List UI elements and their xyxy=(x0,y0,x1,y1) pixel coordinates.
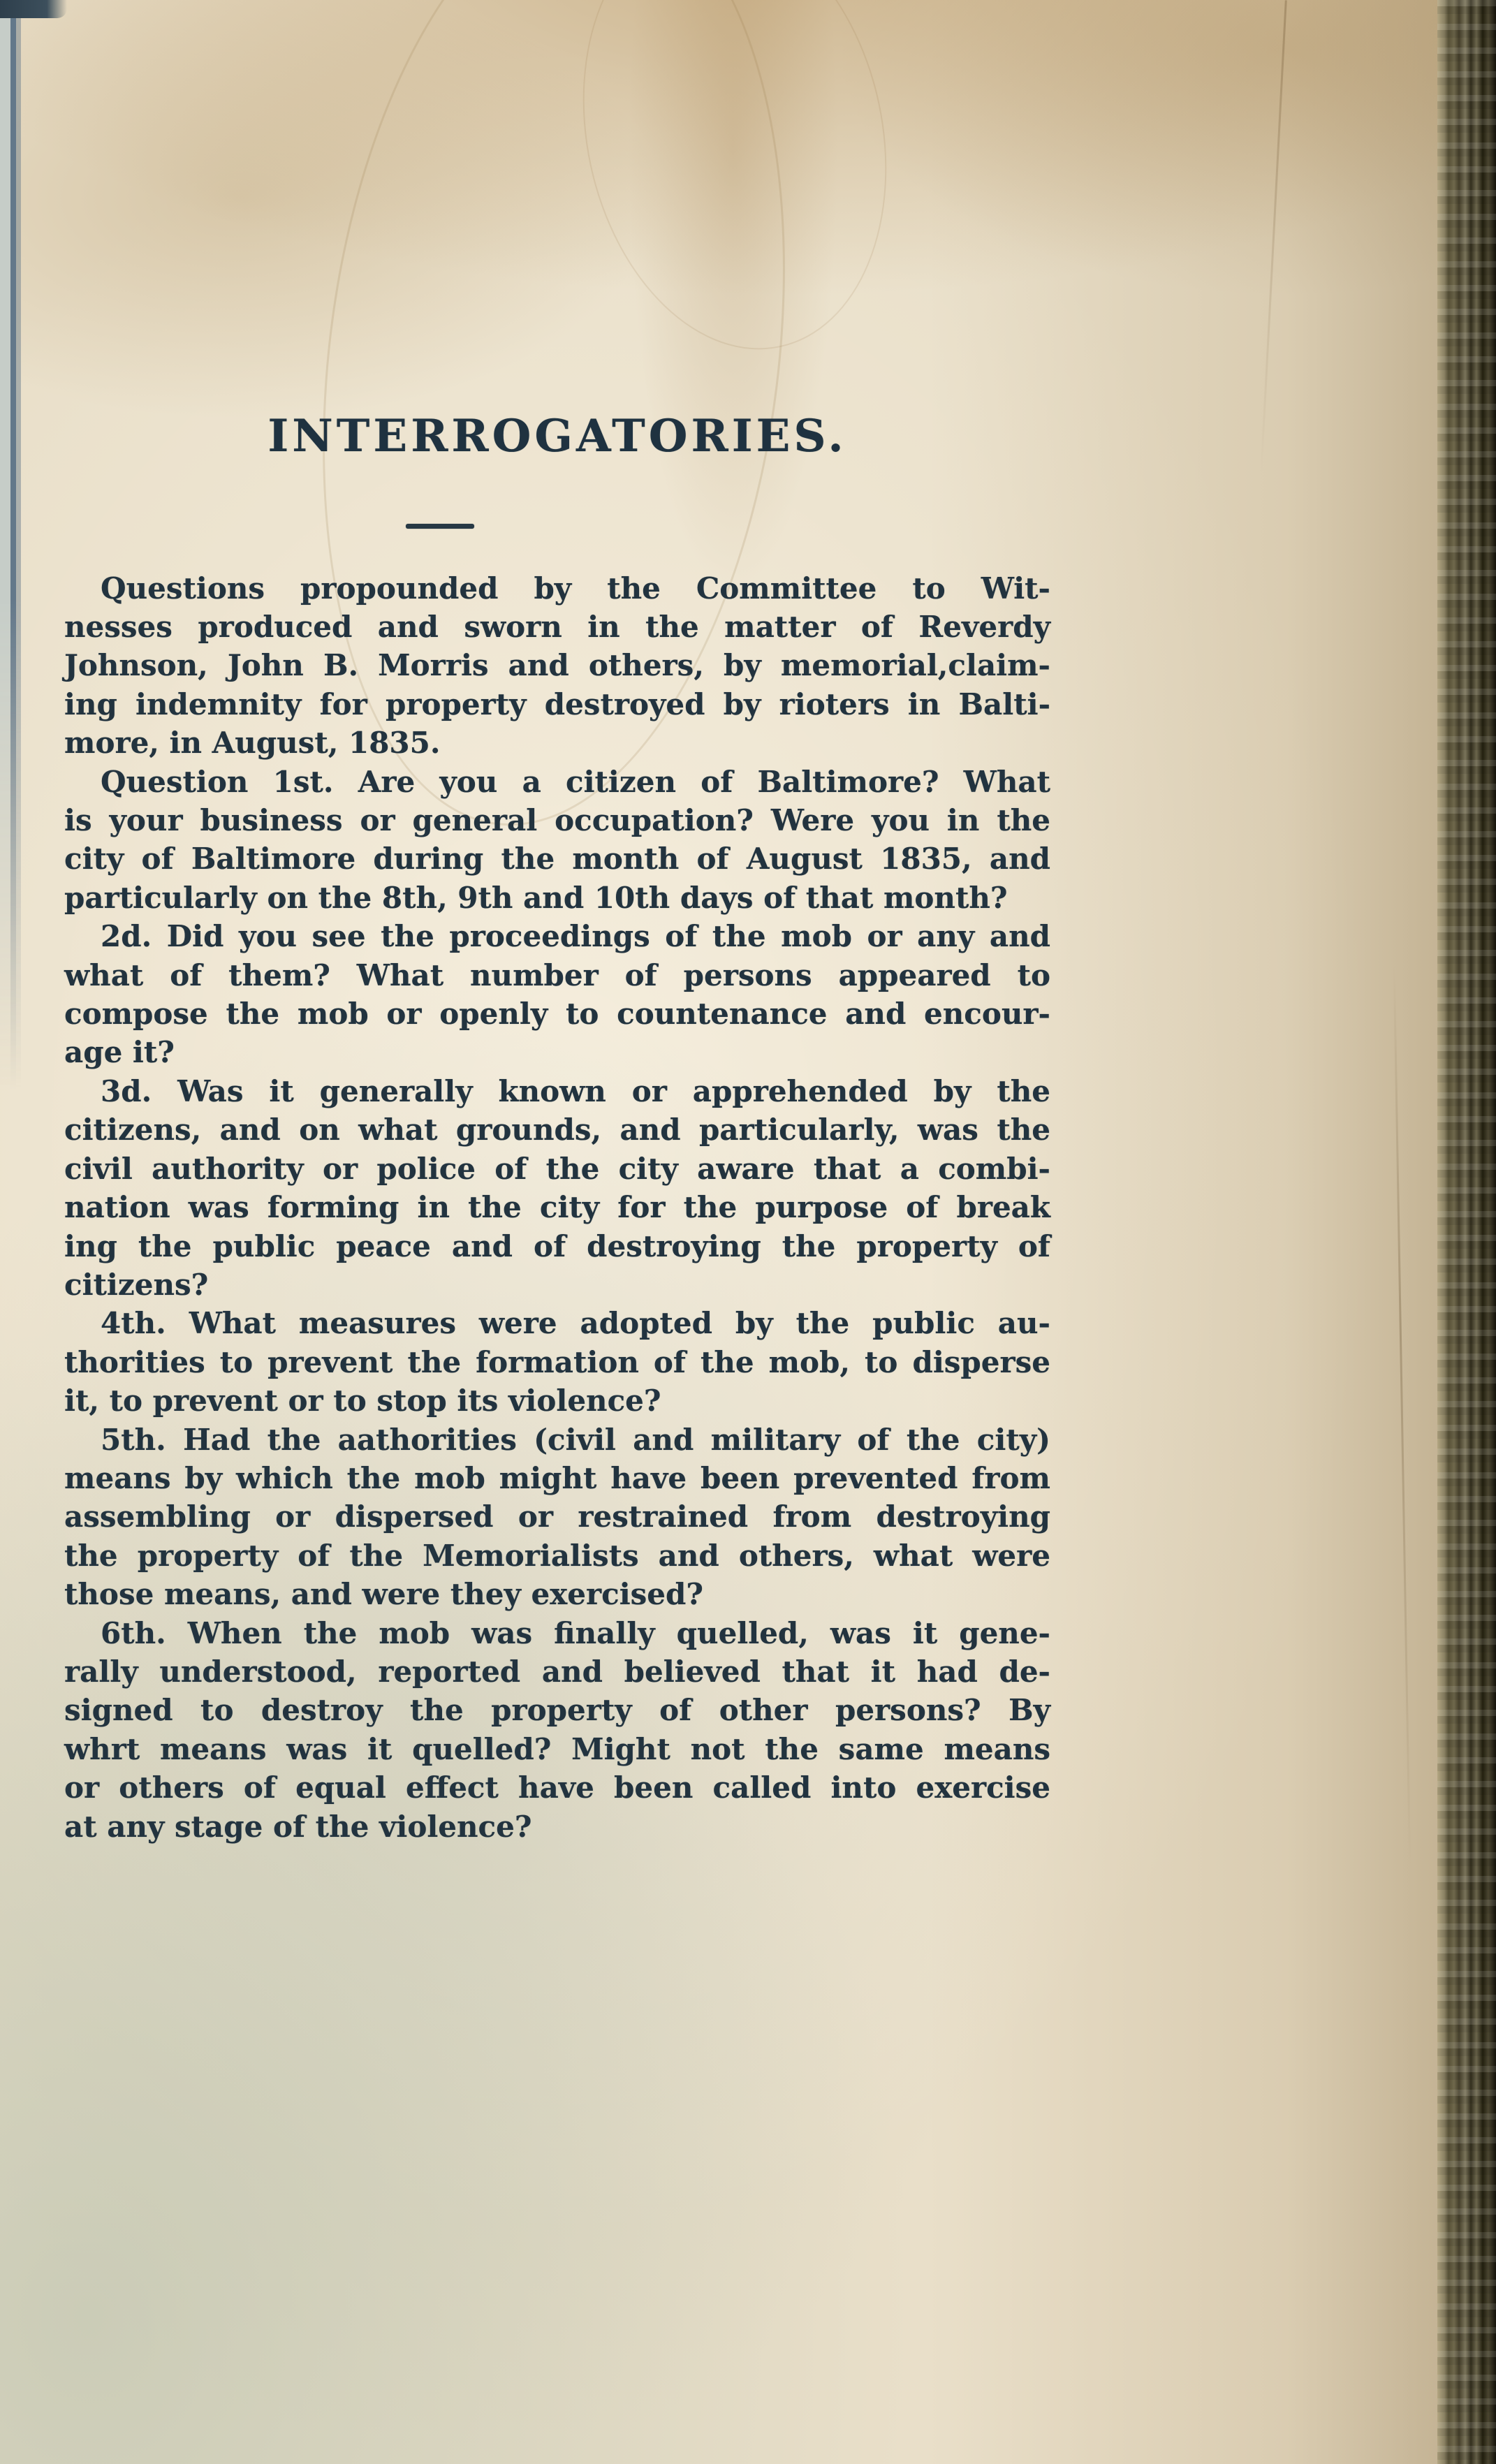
text-line: ing the public peace and of destroying t… xyxy=(64,1227,1050,1266)
paragraph: 4th. What measures were adopted by the p… xyxy=(64,1304,1050,1420)
text-line: ing indemnity for property destroyed by … xyxy=(64,685,1050,724)
binding-edge xyxy=(0,0,24,1090)
title-divider xyxy=(406,524,474,529)
text-line: nation was forming in the city for the p… xyxy=(64,1188,1050,1226)
scanned-book-photo: INTERROGATORIES. Questions propounded by… xyxy=(0,0,1496,2464)
text-line: rally understood, reported and believed … xyxy=(64,1652,1050,1691)
text-line: more, in August, 1835. xyxy=(64,724,1050,762)
text-line: it, to prevent or to stop its violence? xyxy=(64,1381,1050,1420)
text-line: Johnson, John B. Morris and others, by m… xyxy=(64,646,1050,684)
text-line: 5th. Had the aathorities (civil and mili… xyxy=(64,1421,1050,1459)
text-line: 2d. Did you see the proceedings of the m… xyxy=(64,917,1050,955)
text-line: citizens, and on what grounds, and parti… xyxy=(64,1110,1050,1149)
text-line: at any stage of the violence? xyxy=(64,1807,1050,1846)
paragraph: 5th. Had the aathorities (civil and mili… xyxy=(64,1421,1050,1614)
page-title: INTERROGATORIES. xyxy=(64,411,1050,462)
paragraph: Question 1st. Are you a citizen of Balti… xyxy=(64,763,1050,918)
paragraph: 3d. Was it generally known or apprehende… xyxy=(64,1072,1050,1304)
interrogatories-text: Questions propounded by the Committee to… xyxy=(64,569,1050,1846)
text-line: whrt means was it quelled? Might not the… xyxy=(64,1730,1050,1768)
text-line: those means, and were they exercised? xyxy=(64,1575,1050,1613)
page-crease xyxy=(1260,0,1287,474)
paragraph: 6th. When the mob was finally quelled, w… xyxy=(64,1614,1050,1846)
text-line: Question 1st. Are you a citizen of Balti… xyxy=(64,763,1050,801)
text-line: what of them? What number of persons app… xyxy=(64,956,1050,995)
text-line: compose the mob or openly to countenance… xyxy=(64,995,1050,1033)
book-page: INTERROGATORIES. Questions propounded by… xyxy=(0,0,1496,2464)
text-line: or others of equal effect have been call… xyxy=(64,1768,1050,1807)
text-line: 6th. When the mob was finally quelled, w… xyxy=(64,1614,1050,1652)
text-line: Questions propounded by the Committee to… xyxy=(64,569,1050,608)
cover-corner xyxy=(0,0,67,18)
text-line: nesses produced and sworn in the matter … xyxy=(64,608,1050,646)
text-line: 3d. Was it generally known or apprehende… xyxy=(64,1072,1050,1110)
page-crease xyxy=(1393,964,1411,1872)
paragraph: Questions propounded by the Committee to… xyxy=(64,569,1050,763)
text-line: age it? xyxy=(64,1033,1050,1071)
text-line: city of Baltimore during the month of Au… xyxy=(64,839,1050,878)
text-line: the property of the Memorialists and oth… xyxy=(64,1537,1050,1575)
paragraph: 2d. Did you see the proceedings of the m… xyxy=(64,917,1050,1072)
text-line: is your business or general occupation? … xyxy=(64,801,1050,839)
text-line: signed to destroy the property of other … xyxy=(64,1691,1050,1729)
printed-content: INTERROGATORIES. Questions propounded by… xyxy=(64,411,1050,1846)
text-line: citizens? xyxy=(64,1266,1050,1304)
page-stack-edge xyxy=(1437,0,1496,2464)
text-line: thorities to prevent the formation of th… xyxy=(64,1343,1050,1381)
text-line: means by which the mob might have been p… xyxy=(64,1459,1050,1497)
text-line: civil authority or police of the city aw… xyxy=(64,1150,1050,1188)
text-line: 4th. What measures were adopted by the p… xyxy=(64,1304,1050,1342)
text-line: assembling or dispersed or restrained fr… xyxy=(64,1497,1050,1536)
text-line: particularly on the 8th, 9th and 10th da… xyxy=(64,879,1050,917)
